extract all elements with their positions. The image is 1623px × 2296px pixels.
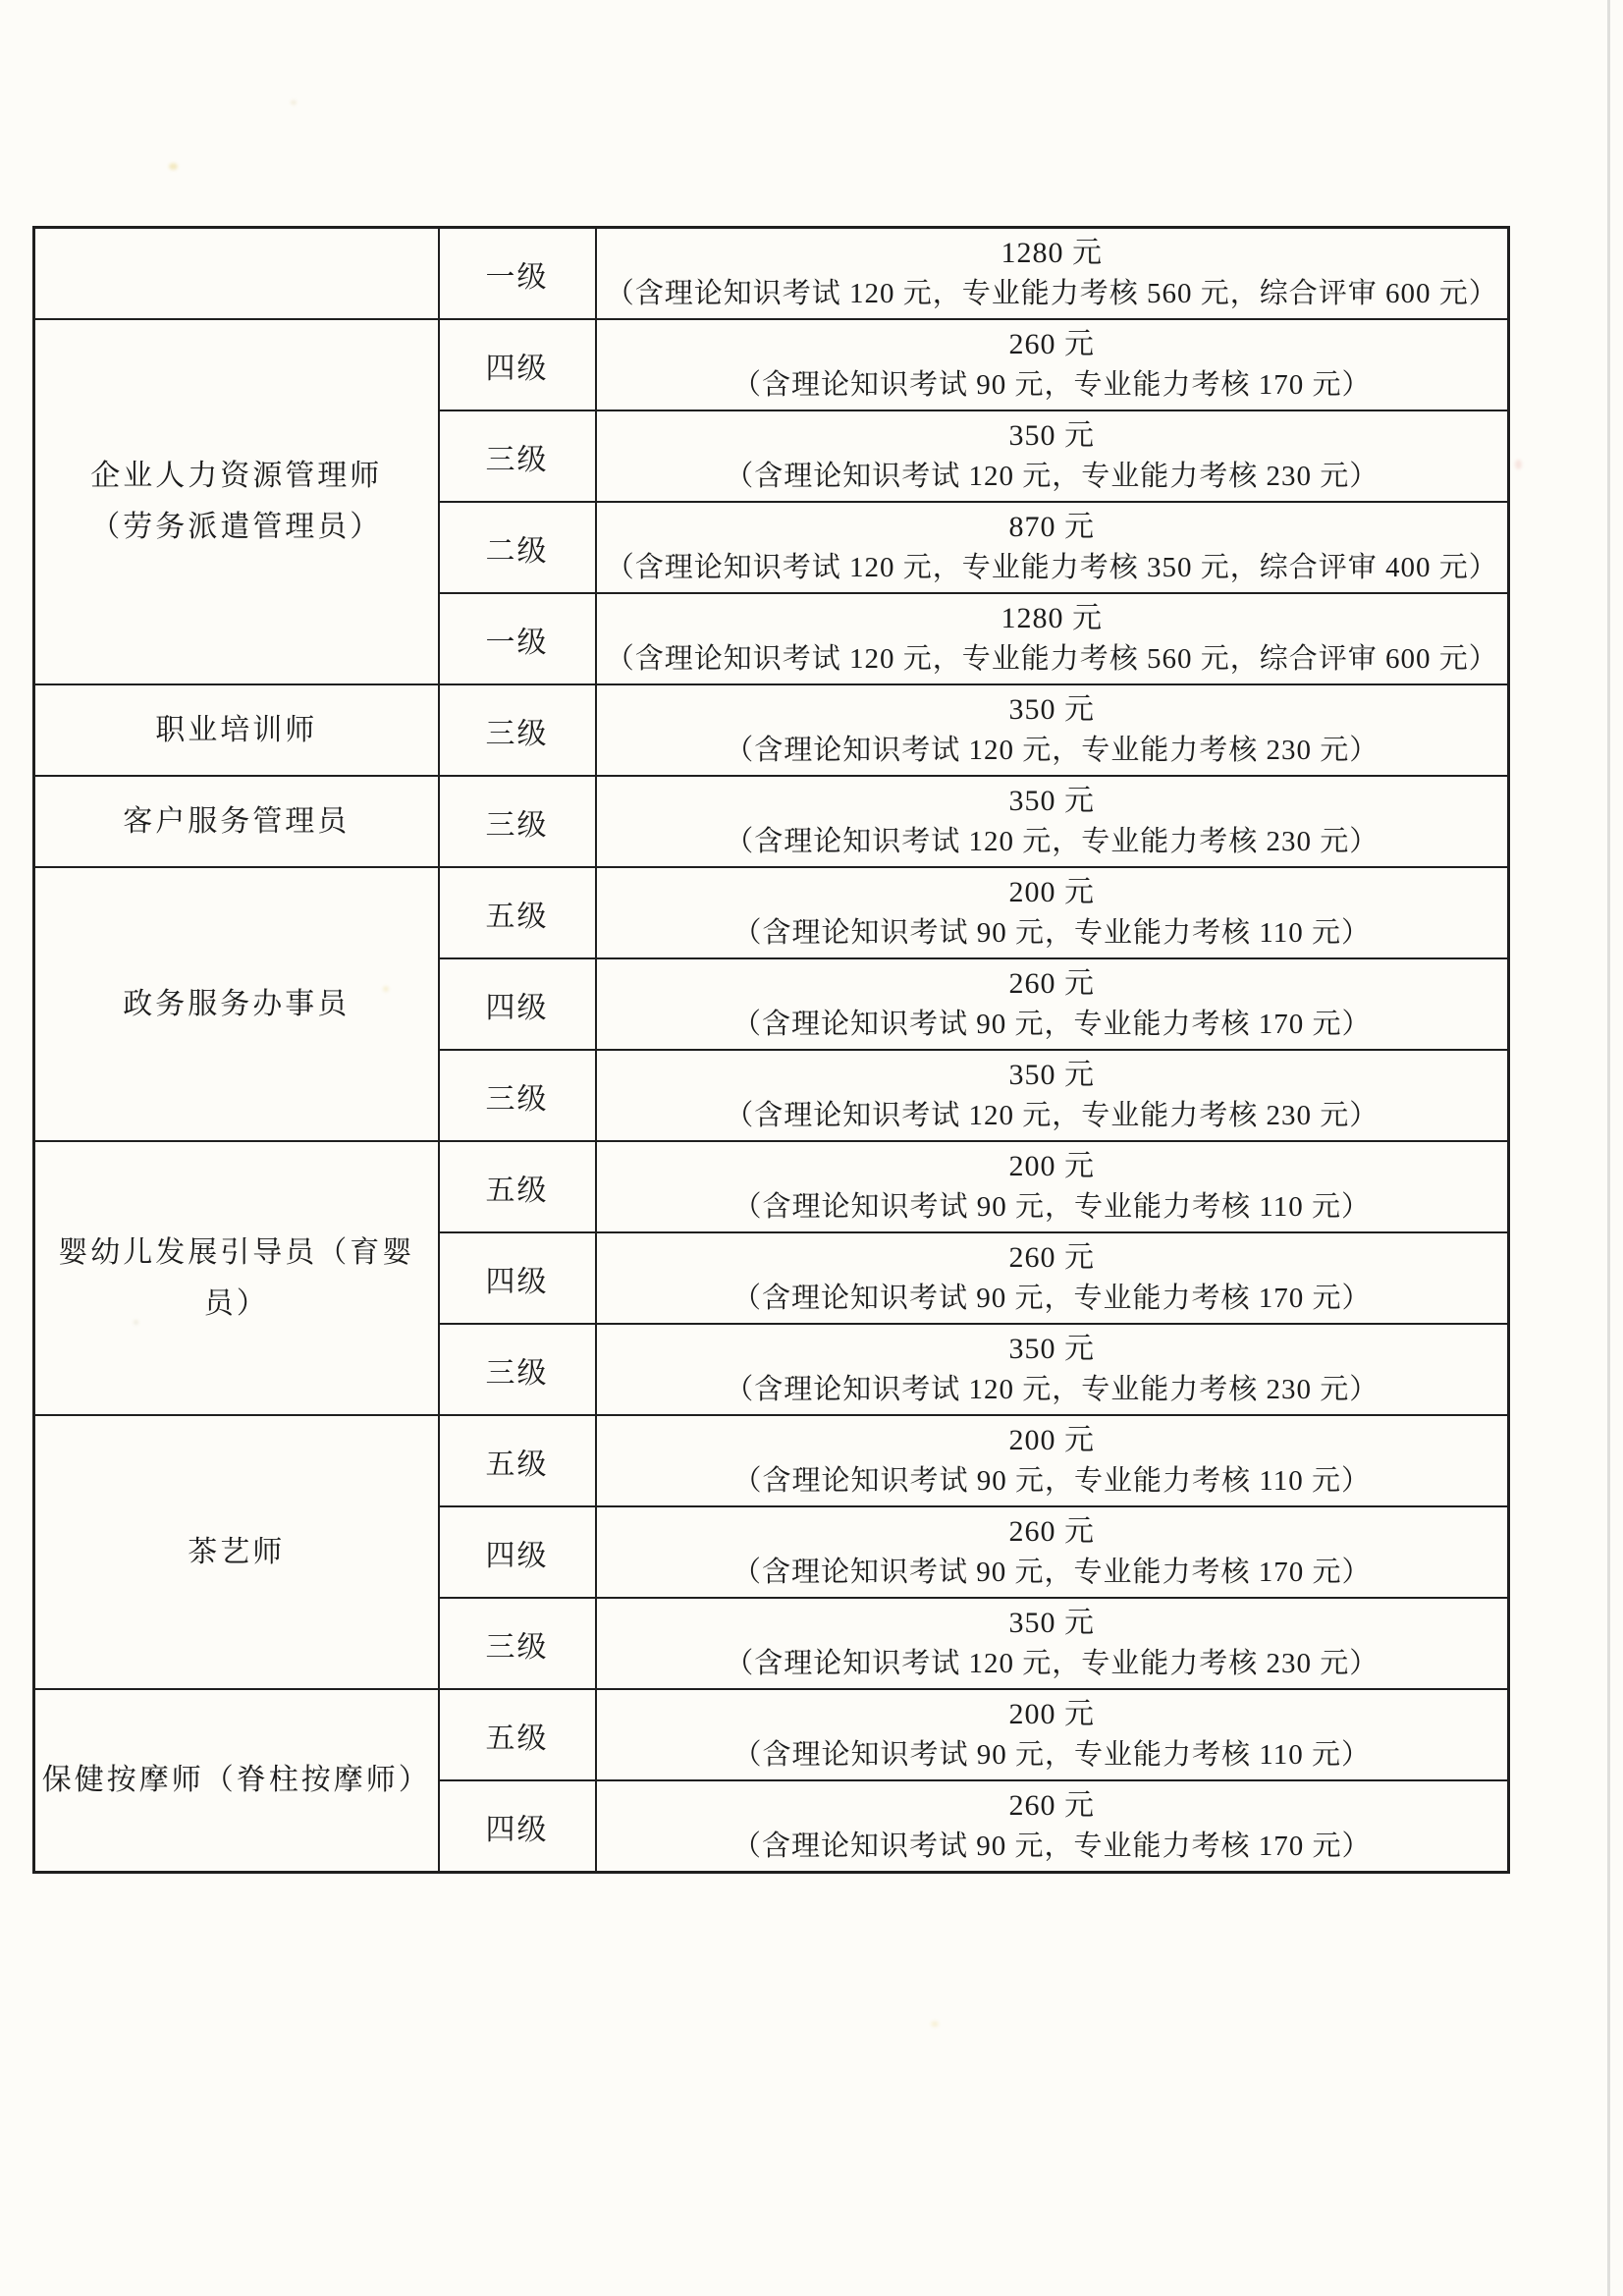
occupation-cell: 婴幼儿发展引导员（育婴员） [34, 1141, 439, 1415]
occupation-label: 婴幼儿发展引导员（育婴员） [35, 1228, 438, 1330]
level-cell: 三级 [439, 684, 596, 776]
level-cell: 三级 [439, 1598, 596, 1689]
fee-total: 350 元 [1009, 692, 1096, 728]
fee-total: 260 元 [1009, 1788, 1096, 1824]
occupation-label: 保健按摩师（脊柱按摩师） [35, 1755, 438, 1806]
scan-speckle [291, 100, 297, 105]
level-cell: 三级 [439, 1324, 596, 1415]
scan-speckle [383, 986, 389, 992]
fee-note: （含理论知识考试 120 元，专业能力考核 560 元，综合评审 600 元） [606, 641, 1498, 677]
table-row: 职业培训师 三级 350 元 （含理论知识考试 120 元，专业能力考核 230… [34, 684, 1509, 776]
level-cell: 二级 [439, 502, 596, 593]
occupation-cell: 客户服务管理员 [34, 776, 439, 867]
fee-note: （含理论知识考试 120 元，专业能力考核 230 元） [725, 1372, 1379, 1407]
fee-total: 350 元 [1009, 1058, 1096, 1093]
occupation-cell: 政务服务办事员 [34, 867, 439, 1141]
fee-cell: 200 元 （含理论知识考试 90 元，专业能力考核 110 元） [596, 867, 1509, 958]
fee-note: （含理论知识考试 120 元，专业能力考核 350 元，综合评审 400 元） [606, 550, 1498, 585]
level-cell: 四级 [439, 1232, 596, 1324]
fee-note: （含理论知识考试 120 元，专业能力考核 230 元） [725, 733, 1379, 768]
scanned-document-page: 一级 1280 元 （含理论知识考试 120 元，专业能力考核 560 元，综合… [0, 0, 1623, 2296]
fee-table: 一级 1280 元 （含理论知识考试 120 元，专业能力考核 560 元，综合… [32, 226, 1510, 1874]
fee-cell: 200 元 （含理论知识考试 90 元，专业能力考核 110 元） [596, 1689, 1509, 1780]
fee-total: 1280 元 [1001, 236, 1104, 271]
level-cell: 三级 [439, 410, 596, 502]
fee-note: （含理论知识考试 120 元，专业能力考核 230 元） [725, 1646, 1379, 1681]
fee-note: （含理论知识考试 90 元，专业能力考核 170 元） [732, 1281, 1372, 1316]
fee-total: 200 元 [1009, 1697, 1096, 1732]
fee-total: 260 元 [1009, 966, 1096, 1002]
table-row: 客户服务管理员 三级 350 元 （含理论知识考试 120 元，专业能力考核 2… [34, 776, 1509, 867]
fee-cell: 350 元 （含理论知识考试 120 元，专业能力考核 230 元） [596, 684, 1509, 776]
occupation-label: 客户服务管理员 [35, 796, 438, 847]
scan-speckle [931, 2021, 939, 2027]
fee-note: （含理论知识考试 90 元，专业能力考核 110 元） [733, 1189, 1371, 1225]
occupation-label: 政务服务办事员 [35, 979, 438, 1030]
fee-cell: 350 元 （含理论知识考试 120 元，专业能力考核 230 元） [596, 410, 1509, 502]
occupation-cell: 茶艺师 [34, 1415, 439, 1689]
fee-note: （含理论知识考试 90 元，专业能力考核 110 元） [733, 915, 1371, 951]
table-row: 婴幼儿发展引导员（育婴员） 五级 200 元 （含理论知识考试 90 元，专业能… [34, 1141, 1509, 1232]
fee-cell: 870 元 （含理论知识考试 120 元，专业能力考核 350 元，综合评审 4… [596, 502, 1509, 593]
fee-cell: 200 元 （含理论知识考试 90 元，专业能力考核 110 元） [596, 1141, 1509, 1232]
table-row: 一级 1280 元 （含理论知识考试 120 元，专业能力考核 560 元，综合… [34, 228, 1509, 320]
fee-cell: 260 元 （含理论知识考试 90 元，专业能力考核 170 元） [596, 958, 1509, 1050]
fee-total: 200 元 [1009, 1423, 1096, 1458]
fee-note: （含理论知识考试 120 元，专业能力考核 230 元） [725, 1098, 1379, 1133]
level-cell: 五级 [439, 1141, 596, 1232]
fee-note: （含理论知识考试 90 元，专业能力考核 170 元） [732, 367, 1372, 403]
scan-speckle [134, 1320, 138, 1325]
table-row: 茶艺师 五级 200 元 （含理论知识考试 90 元，专业能力考核 110 元） [34, 1415, 1509, 1506]
fee-total: 1280 元 [1001, 601, 1104, 636]
level-cell: 五级 [439, 867, 596, 958]
fee-cell: 350 元 （含理论知识考试 120 元，专业能力考核 230 元） [596, 1050, 1509, 1141]
fee-cell: 200 元 （含理论知识考试 90 元，专业能力考核 110 元） [596, 1415, 1509, 1506]
level-cell: 五级 [439, 1689, 596, 1780]
fee-cell: 350 元 （含理论知识考试 120 元，专业能力考核 230 元） [596, 776, 1509, 867]
occupation-cell: 保健按摩师（脊柱按摩师） [34, 1689, 439, 1873]
fee-total: 260 元 [1009, 327, 1096, 362]
fee-note: （含理论知识考试 90 元，专业能力考核 110 元） [733, 1463, 1371, 1499]
scan-speckle [1515, 460, 1522, 469]
level-cell: 三级 [439, 1050, 596, 1141]
level-cell: 一级 [439, 593, 596, 684]
fee-total: 350 元 [1009, 784, 1096, 819]
occupation-cell: 职业培训师 [34, 684, 439, 776]
scan-speckle [169, 163, 178, 170]
fee-total: 870 元 [1009, 510, 1096, 545]
fee-total: 350 元 [1009, 418, 1096, 454]
occupation-sublabel: （劳务派遣管理员） [35, 502, 438, 553]
occupation-label: 茶艺师 [35, 1527, 438, 1578]
fee-total: 200 元 [1009, 875, 1096, 910]
fee-cell: 350 元 （含理论知识考试 120 元，专业能力考核 230 元） [596, 1598, 1509, 1689]
level-cell: 四级 [439, 1506, 596, 1598]
fee-note: （含理论知识考试 90 元，专业能力考核 170 元） [732, 1555, 1372, 1590]
fee-total: 350 元 [1009, 1606, 1096, 1641]
fee-cell: 350 元 （含理论知识考试 120 元，专业能力考核 230 元） [596, 1324, 1509, 1415]
fee-cell: 1280 元 （含理论知识考试 120 元，专业能力考核 560 元，综合评审 … [596, 593, 1509, 684]
occupation-label: 企业人力资源管理师 [35, 451, 438, 502]
fee-cell: 1280 元 （含理论知识考试 120 元，专业能力考核 560 元，综合评审 … [596, 228, 1509, 320]
level-cell: 四级 [439, 1780, 596, 1873]
fee-total: 200 元 [1009, 1149, 1096, 1184]
fee-cell: 260 元 （含理论知识考试 90 元，专业能力考核 170 元） [596, 1780, 1509, 1873]
table-row: 保健按摩师（脊柱按摩师） 五级 200 元 （含理论知识考试 90 元，专业能力… [34, 1689, 1509, 1780]
table-row: 政务服务办事员 五级 200 元 （含理论知识考试 90 元，专业能力考核 11… [34, 867, 1509, 958]
fee-note: （含理论知识考试 120 元，专业能力考核 560 元，综合评审 600 元） [606, 276, 1498, 311]
fee-note: （含理论知识考试 120 元，专业能力考核 230 元） [725, 824, 1379, 859]
fee-note: （含理论知识考试 90 元，专业能力考核 170 元） [732, 1007, 1372, 1042]
level-cell: 四级 [439, 958, 596, 1050]
occupation-cell: 企业人力资源管理师 （劳务派遣管理员） [34, 319, 439, 684]
level-cell: 四级 [439, 319, 596, 410]
fee-total: 260 元 [1009, 1514, 1096, 1550]
table-row: 企业人力资源管理师 （劳务派遣管理员） 四级 260 元 （含理论知识考试 90… [34, 319, 1509, 410]
level-cell: 五级 [439, 1415, 596, 1506]
level-cell: 三级 [439, 776, 596, 867]
fee-note: （含理论知识考试 90 元，专业能力考核 110 元） [733, 1737, 1371, 1773]
fee-cell: 260 元 （含理论知识考试 90 元，专业能力考核 170 元） [596, 1506, 1509, 1598]
fee-cell: 260 元 （含理论知识考试 90 元，专业能力考核 170 元） [596, 319, 1509, 410]
scan-edge-shadow [1607, 0, 1610, 2296]
fee-cell: 260 元 （含理论知识考试 90 元，专业能力考核 170 元） [596, 1232, 1509, 1324]
fee-total: 350 元 [1009, 1332, 1096, 1367]
level-cell: 一级 [439, 228, 596, 320]
fee-total: 260 元 [1009, 1240, 1096, 1276]
occupation-cell [34, 228, 439, 320]
fee-note: （含理论知识考试 90 元，专业能力考核 170 元） [732, 1829, 1372, 1864]
fee-note: （含理论知识考试 120 元，专业能力考核 230 元） [725, 459, 1379, 494]
occupation-label: 职业培训师 [35, 705, 438, 756]
